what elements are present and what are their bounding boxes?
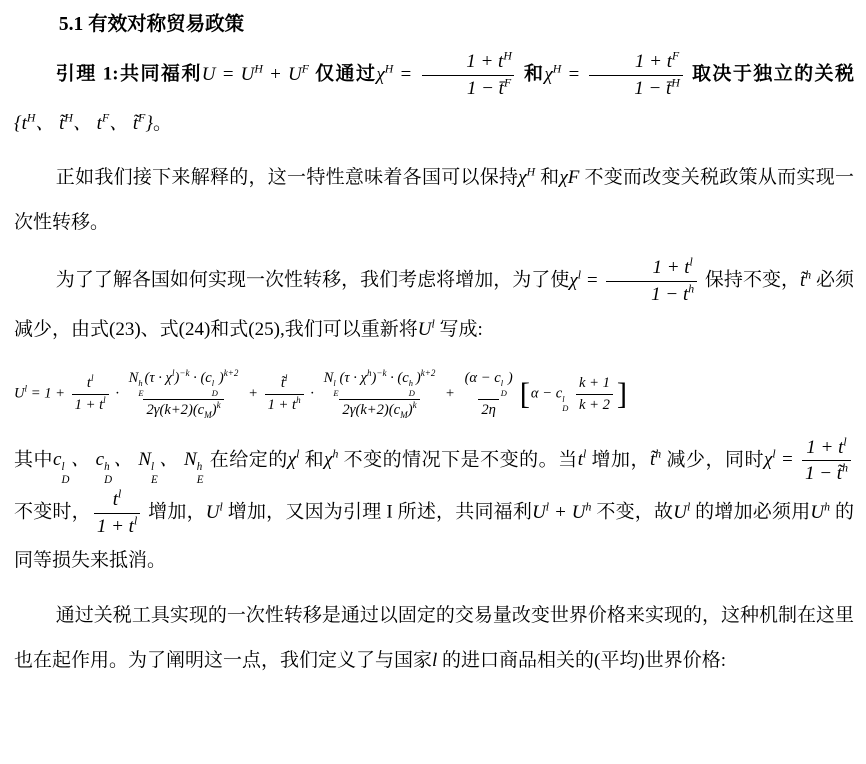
math-fraction: 1 + tF1 − t̄H	[589, 49, 682, 101]
math-text: N	[324, 370, 334, 386]
lemma-paragraph: 引理 1:共同福利U = UH + UF 仅通过χH = 1 + tH1 − t…	[14, 49, 854, 146]
bold-text-run: 5.1 有效对称贸易政策	[59, 14, 244, 35]
math-text: N	[129, 370, 139, 386]
fraction-denominator: 1 − t̃h	[802, 460, 851, 487]
math-subscript: M	[400, 410, 408, 420]
math-run: χl = 1 + tl1 − th	[569, 270, 700, 291]
math-text: ·	[307, 386, 318, 402]
math-subscript: M	[204, 410, 212, 420]
math-text: k + 1	[579, 375, 610, 391]
display-formula: Ul = 1 + tl1 + tl · NhE(τ · χl)−k · (clD…	[14, 368, 854, 420]
math-run: Ul + Uh	[532, 502, 591, 523]
math-run: Ul	[206, 502, 223, 523]
math-text: 、 N	[113, 449, 151, 470]
math-text: U	[810, 502, 824, 523]
fraction-denominator: 1 − th	[606, 281, 697, 308]
math-subscript: E	[151, 474, 158, 487]
math-superscript: l	[690, 256, 693, 269]
math-fraction: (α − clD)2η	[462, 368, 516, 420]
math-text: 2γ(k+2)(c	[342, 402, 400, 418]
math-text: χ	[288, 449, 296, 470]
math-subscript: D	[501, 389, 507, 399]
text-run: 不变时，	[14, 502, 91, 523]
fraction-numerator: tl	[84, 373, 97, 394]
document-page: 5.1 有效对称贸易政策引理 1:共同福利U = UH + UF 仅通过χH =…	[0, 0, 866, 764]
math-subscript: E	[197, 474, 204, 487]
math-text: 、 c	[70, 449, 104, 470]
math-fraction: 1 + tH1 − t̄F	[421, 49, 514, 101]
math-superscript: F	[302, 62, 309, 75]
math-text: 1 − t̄	[634, 78, 671, 99]
math-text: U	[418, 319, 432, 340]
math-superscript: l	[134, 514, 137, 527]
math-subscript: D	[409, 389, 415, 399]
fraction-denominator: 2γ(k+2)(cM)k	[143, 399, 223, 421]
math-text: · (c	[386, 370, 408, 386]
math-superscript: l	[285, 373, 288, 383]
math-text: 1 + t	[466, 51, 503, 72]
math-text: =	[776, 449, 799, 470]
math-text: · (c	[190, 370, 212, 386]
math-text: (τ · χ	[339, 370, 366, 386]
math-text: 1 + t	[635, 51, 672, 72]
math-text: U	[14, 386, 25, 402]
math-superscript: l	[843, 435, 846, 448]
math-run: χH	[518, 167, 535, 188]
math-run: Ul	[673, 502, 690, 523]
fraction-denominator: 1 + tl	[94, 513, 140, 540]
fraction-numerator: k + 1	[576, 373, 613, 394]
fraction-numerator: t̃l	[278, 373, 291, 394]
math-run: Uh	[810, 502, 830, 523]
math-run: χl = 1 + tl1 − t̃h	[764, 449, 854, 470]
text-run: 增加，又因为引理 I 所述，共同福利	[223, 502, 532, 523]
math-text: c	[53, 449, 61, 470]
math-superscript: F	[672, 50, 679, 63]
bold-text-run: 和	[518, 64, 545, 85]
bold-text-run: 引理 1:共同福利	[56, 64, 202, 85]
math-text: = 1 +	[27, 386, 69, 402]
math-text: 1 + t	[806, 437, 843, 458]
math-superscript: l	[91, 373, 94, 383]
math-text: + U	[549, 502, 585, 523]
math-superscript: H	[527, 166, 536, 179]
math-text: χF	[559, 167, 579, 188]
fraction-numerator: 1 + tl	[803, 435, 849, 461]
paragraph-world-price: 通过关税工具实现的一次性转移是通过以固定的交易量改变世界价格来实现的，这种机制在…	[14, 594, 854, 683]
math-text: k + 2	[579, 397, 610, 413]
text-run: 在给定的	[204, 449, 287, 470]
math-superscript: −k	[179, 369, 189, 379]
math-subscript: D	[61, 474, 69, 487]
text-run: 不变，故	[591, 502, 673, 523]
math-subsup-stack: lE	[333, 379, 338, 398]
text-run: 的增加必须用	[690, 502, 810, 523]
math-superscript: k	[413, 400, 417, 410]
math-text	[569, 386, 573, 402]
math-text: U = U	[202, 64, 255, 85]
math-superscript: k	[217, 400, 221, 410]
math-run: Ul = 1 + tl1 + tl · NhE(τ · χl)−k · (clD…	[14, 368, 628, 420]
math-run: t̃h	[800, 270, 811, 291]
math-subscript: E	[138, 389, 143, 399]
math-text: (α − c	[465, 370, 501, 386]
math-text: 、 t	[73, 113, 102, 134]
math-superscript: l	[118, 488, 121, 501]
math-fraction: tl1 + tl	[94, 487, 140, 539]
fraction-numerator: 1 + tH	[421, 49, 514, 75]
math-run: χh	[324, 449, 338, 470]
text-run: 其中	[14, 449, 53, 470]
paragraph-explain: 正如我们接下来解释的，这一特性意味着各国可以保持χH 和χF 不变而改变关税政策…	[14, 156, 854, 245]
text-run: 减少，同时	[661, 449, 764, 470]
math-text: =	[561, 64, 586, 85]
text-run: 保持不变，	[700, 270, 800, 291]
math-text: 、 t̃	[109, 113, 138, 134]
math-superscript: −k	[376, 369, 386, 379]
math-text: 1 + t	[75, 397, 104, 413]
math-text: χ	[569, 270, 577, 291]
text-run: 正如我们接下来解释的，这一特性意味着各国可以保持	[56, 167, 519, 188]
math-text: α − c	[531, 386, 562, 402]
fraction-denominator: 1 − t̄H	[589, 75, 682, 102]
fraction-numerator: 1 + tF	[590, 49, 682, 75]
math-fraction: 1 + tl1 − t̃h	[802, 435, 851, 487]
document-content: 5.1 有效对称贸易政策引理 1:共同福利U = UH + UF 仅通过χH =…	[14, 10, 854, 683]
math-text: + U	[263, 64, 302, 85]
math-superscript: h	[104, 461, 110, 474]
math-subsup-stack: lD	[562, 395, 568, 414]
math-superscript: H	[254, 62, 263, 75]
math-text: (τ · χ	[145, 370, 172, 386]
math-run: tl	[578, 449, 587, 470]
paragraph-transfer: 为了了解各国如何实现一次性转移，我们考虑将增加，为了使χl = 1 + tl1 …	[14, 255, 854, 352]
math-superscript: h	[197, 461, 203, 474]
math-run: χH = 1 + tH1 − t̄F	[376, 64, 517, 85]
math-text: +	[441, 386, 458, 402]
math-subsup-stack: hD	[104, 461, 112, 486]
math-text: 1 + t	[652, 257, 689, 278]
math-superscript: l	[151, 461, 154, 474]
math-fraction: NlE(τ · χh)−k · (chD)k+22γ(k+2)(cM)k	[321, 368, 439, 420]
math-superscript: H	[503, 50, 512, 63]
text-run: 写成:	[435, 319, 483, 340]
math-text: =	[393, 64, 418, 85]
fraction-numerator: NhE(τ · χl)−k · (clD)k+2	[126, 368, 242, 398]
math-superscript: F	[504, 77, 511, 90]
math-text: 、 N	[159, 449, 197, 470]
math-text: χ	[376, 64, 384, 85]
math-superscript: H	[385, 62, 394, 75]
fraction-numerator: NlE(τ · χh)−k · (chD)k+2	[321, 368, 439, 398]
math-text: 、 t̃	[35, 113, 64, 134]
text-run: 和	[535, 167, 559, 188]
math-run: Ul	[418, 319, 435, 340]
fraction-denominator: 2η	[478, 399, 499, 421]
text-run: 增加，	[143, 502, 206, 523]
math-superscript: H	[553, 62, 562, 75]
math-subscript: D	[212, 389, 218, 399]
math-superscript: H	[64, 111, 73, 124]
math-fraction: 1 + tl1 − th	[606, 255, 697, 307]
math-superscript: h	[842, 462, 848, 475]
math-text: 2γ(k+2)(c	[146, 402, 204, 418]
math-subsup-stack: hE	[138, 379, 143, 398]
fraction-numerator: (α − clD)	[462, 368, 516, 398]
text-run: 为了了解各国如何实现一次性转移，我们考虑将增加，为了使	[56, 270, 570, 291]
math-subscript: E	[333, 389, 338, 399]
text-run: 增加，	[586, 449, 650, 470]
paragraph-constants: 其中clD、 chD、 NlE、 NhE 在给定的χl 和χh 不变的情况下是不…	[14, 435, 854, 584]
text-run: 。	[153, 113, 172, 134]
math-text: χ	[518, 167, 526, 188]
math-text: 1 − t	[651, 284, 688, 305]
math-superscript: h	[296, 395, 301, 405]
math-text: U	[673, 502, 687, 523]
math-subsup-stack: lD	[501, 379, 507, 398]
math-text: 1 + t	[97, 516, 134, 537]
math-superscript: l	[61, 461, 64, 474]
math-run: tl1 + tl	[91, 502, 143, 523]
math-subsup-stack: lD	[212, 379, 218, 398]
math-fraction: k + 1k + 2	[576, 373, 613, 416]
math-run: {tH、 t̃H、 tF、 t̃F}	[14, 113, 153, 134]
math-fraction: tl1 + tl	[72, 373, 109, 416]
math-text: 2η	[481, 402, 496, 418]
math-run: clD、 chD、 NlE、 NhE	[53, 449, 204, 470]
math-superscript: h	[688, 283, 694, 296]
math-subsup-stack: lD	[61, 461, 69, 486]
fraction-numerator: tl	[110, 487, 125, 513]
math-big-bracket: [	[520, 377, 530, 411]
text-run: 和	[299, 449, 324, 470]
math-text: χ	[544, 64, 552, 85]
math-text: U	[206, 502, 220, 523]
fraction-denominator: 1 + tl	[72, 394, 109, 416]
math-run: U = UH + UF	[202, 64, 309, 85]
math-subsup-stack: lE	[151, 461, 158, 486]
section-heading: 5.1 有效对称贸易政策	[14, 10, 854, 39]
math-text: ·	[112, 386, 123, 402]
fraction-denominator: 1 − t̄F	[422, 75, 514, 102]
math-big-bracket: ]	[617, 377, 627, 411]
math-superscript: k+2	[224, 369, 239, 379]
math-run: t̃h	[650, 449, 661, 470]
math-text: +	[244, 386, 261, 402]
bold-text-run: 取决于独立的关税	[686, 64, 854, 85]
text-run: 的进口商品相关的(平均)世界价格:	[437, 650, 726, 671]
math-text: U	[532, 502, 546, 523]
math-superscript: l	[103, 395, 106, 405]
math-superscript: k+2	[421, 369, 436, 379]
math-text: {t	[14, 113, 27, 134]
fraction-denominator: 1 + th	[265, 394, 304, 416]
fraction-denominator: k + 2	[576, 394, 613, 416]
fraction-denominator: 2γ(k+2)(cM)k	[339, 399, 419, 421]
math-subsup-stack: hD	[409, 379, 415, 398]
math-text: 1 − t̄	[467, 78, 504, 99]
math-superscript: H	[671, 77, 680, 90]
math-text: =	[581, 270, 603, 291]
math-subscript: D	[104, 474, 112, 487]
math-text: 1 + t	[268, 397, 297, 413]
math-text: )	[508, 370, 513, 386]
math-fraction: t̃l1 + th	[265, 373, 304, 416]
math-text: }	[145, 113, 153, 134]
math-run: χl	[288, 449, 300, 470]
math-run: χH = 1 + tF1 − t̄H	[544, 64, 685, 85]
math-subscript: D	[562, 404, 568, 414]
bold-text-run: 仅通过	[309, 64, 376, 85]
math-subsup-stack: hE	[197, 461, 204, 486]
math-fraction: NhE(τ · χl)−k · (clD)k+22γ(k+2)(cM)k	[126, 368, 242, 420]
fraction-numerator: 1 + tl	[608, 255, 696, 281]
math-run: χF	[559, 167, 579, 188]
text-run: 不变的情况下是不变的。当	[338, 449, 577, 470]
math-text: 1 − t̃	[805, 463, 842, 484]
